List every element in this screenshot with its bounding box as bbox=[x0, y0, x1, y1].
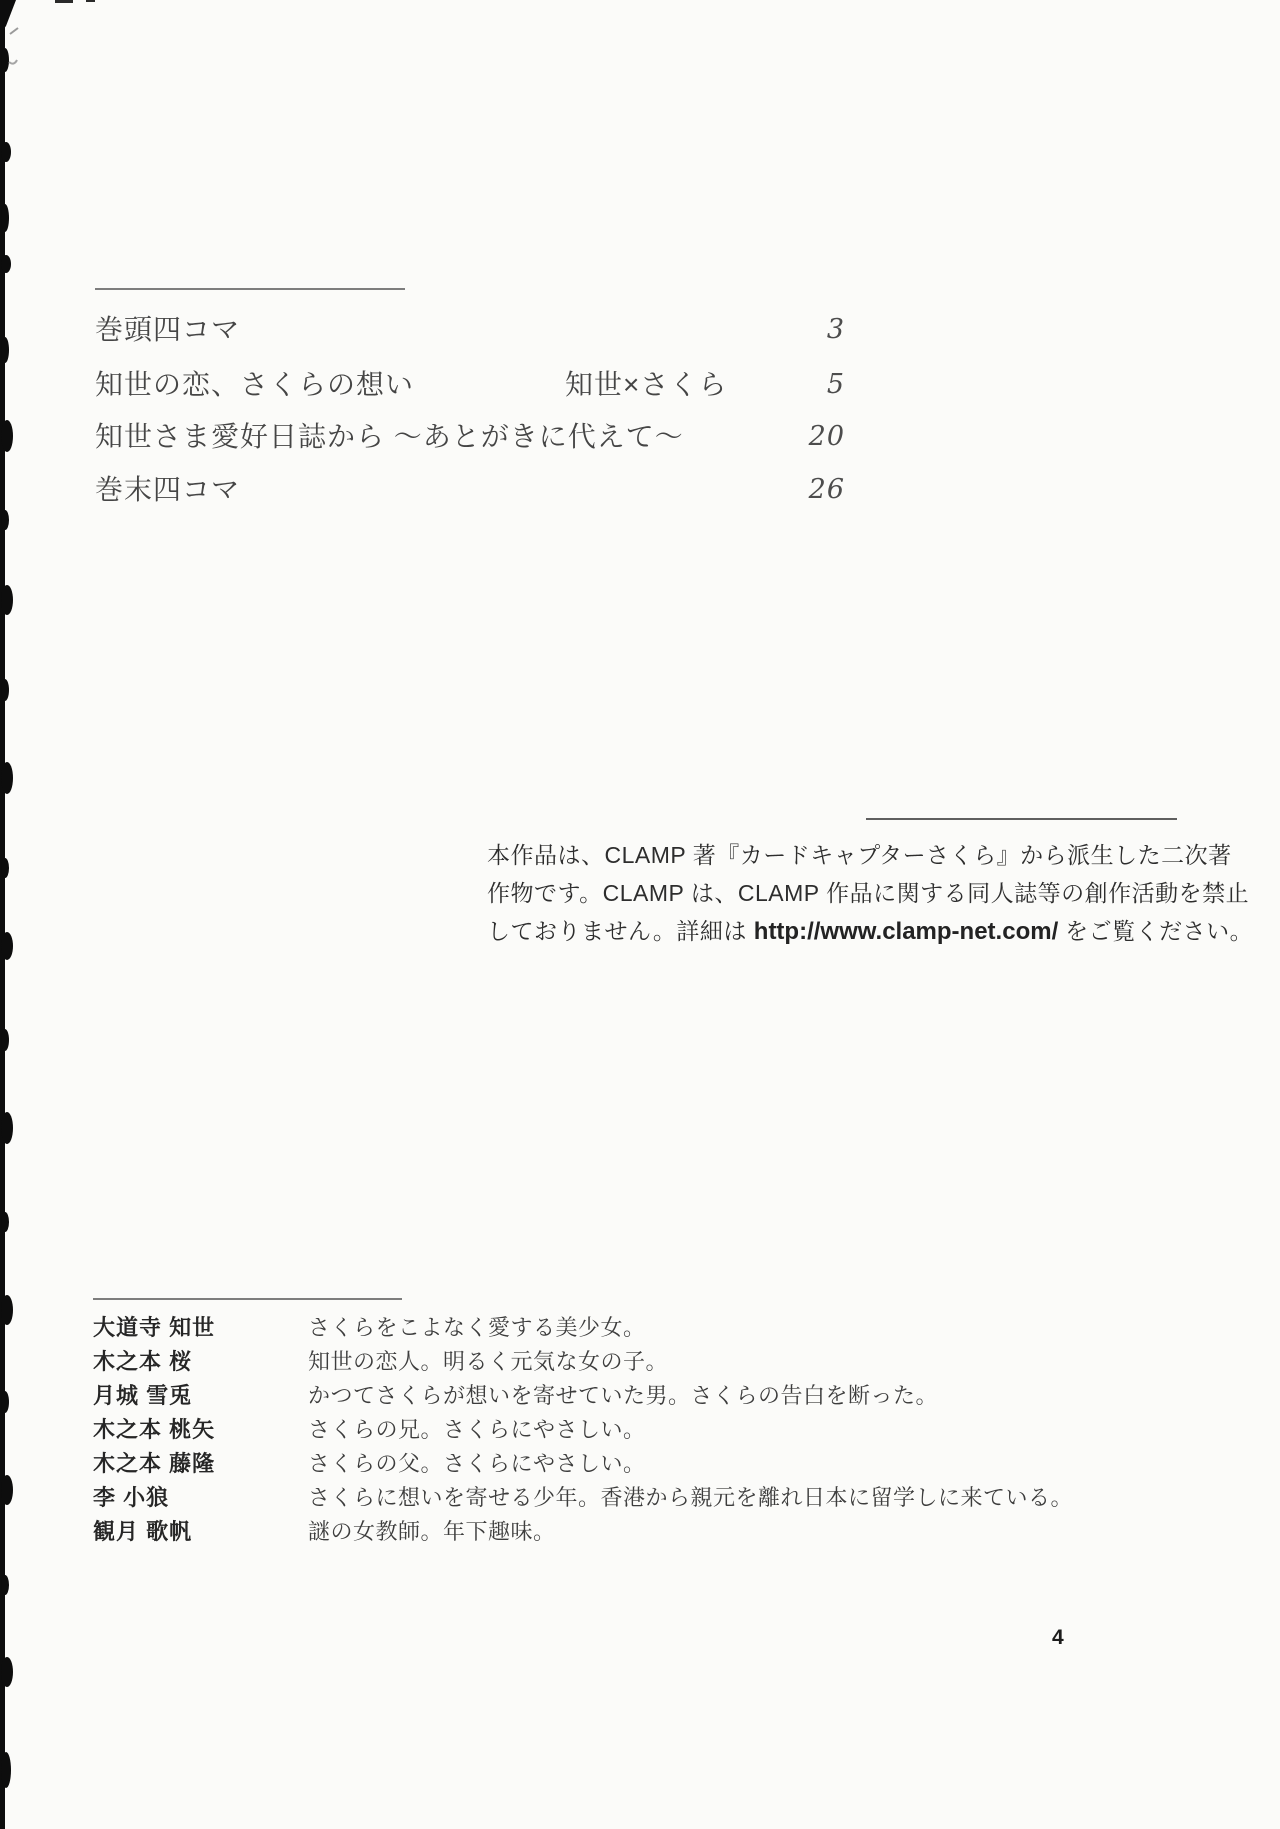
character-row: 木之本 藤隆 さくらの父。さくらにやさしい。 bbox=[93, 1447, 1213, 1481]
toc-divider-rule bbox=[95, 288, 405, 290]
character-row: 木之本 桜 知世の恋人。明るく元気な女の子。 bbox=[93, 1345, 1213, 1379]
toc-item-page-number: 3 bbox=[827, 313, 845, 347]
character-name: 木之本 桃矢 bbox=[93, 1413, 215, 1447]
character-row: 李 小狼 さくらに想いを寄せる少年。香港から親元を離れ日本に留学しに来ている。 bbox=[93, 1481, 1213, 1515]
toc-item-page-number: 26 bbox=[809, 473, 845, 507]
character-description: 知世の恋人。明るく元気な女の子。 bbox=[308, 1345, 668, 1379]
clamp-website-url: http://www.clamp-net.com/ bbox=[754, 918, 1058, 945]
disclaimer-paragraph: 本作品は、CLAMP 著『カードキャプターさくら』から派生した二次著 作物です。… bbox=[487, 836, 1187, 951]
character-description: さくらの兄。さくらにやさしい。 bbox=[308, 1413, 646, 1447]
character-name: 大道寺 知世 bbox=[93, 1311, 215, 1345]
character-name: 木之本 桜 bbox=[93, 1345, 192, 1379]
disclaimer-line-1: 本作品は、CLAMP 著『カードキャプターさくら』から派生した二次著 bbox=[487, 836, 1187, 874]
scan-speck bbox=[86, 0, 95, 2]
toc-row: 知世さま愛好日誌から ～あとがきに代えて～ 20 bbox=[95, 420, 845, 454]
character-row: 大道寺 知世 さくらをこよなく愛する美少女。 bbox=[93, 1311, 1213, 1345]
character-list-divider-rule bbox=[93, 1298, 402, 1300]
toc-item-title: 巻末四コマ bbox=[95, 473, 240, 507]
character-description: 謎の女教師。年下趣味。 bbox=[308, 1515, 556, 1549]
disclaimer-line-3-text: しておりません。詳細は bbox=[487, 918, 754, 944]
character-name: 月城 雪兎 bbox=[93, 1379, 192, 1413]
toc-row: 巻末四コマ 26 bbox=[95, 473, 845, 507]
toc-item-page-number: 20 bbox=[809, 420, 845, 454]
disclaimer-line-2: 作物です。CLAMP は、CLAMP 作品に関する同人誌等の創作活動を禁止 bbox=[487, 874, 1187, 912]
toc-row: 知世の恋、さくらの想い 知世×さくら 5 bbox=[95, 368, 845, 402]
character-name: 観月 歌帆 bbox=[93, 1515, 192, 1549]
toc-item-title: 知世の恋、さくらの想い bbox=[95, 368, 414, 402]
character-description: さくらの父。さくらにやさしい。 bbox=[308, 1447, 646, 1481]
disclaimer-divider-rule bbox=[866, 818, 1177, 820]
disclaimer-line-3-tail: をご覧ください。 bbox=[1058, 918, 1253, 944]
toc-item-page-number: 5 bbox=[827, 368, 845, 402]
character-row: 木之本 桃矢 さくらの兄。さくらにやさしい。 bbox=[93, 1413, 1213, 1447]
character-row: 観月 歌帆 謎の女教師。年下趣味。 bbox=[93, 1515, 1213, 1549]
character-description: さくらに想いを寄せる少年。香港から親元を離れ日本に留学しに来ている。 bbox=[308, 1481, 1073, 1515]
character-name: 木之本 藤隆 bbox=[93, 1447, 215, 1481]
scan-speck bbox=[55, 0, 73, 3]
character-description: かつてさくらが想いを寄せていた男。さくらの告白を断った。 bbox=[308, 1379, 938, 1413]
toc-item-title: 知世さま愛好日誌から ～あとがきに代えて～ bbox=[95, 420, 684, 454]
character-row: 月城 雪兎 かつてさくらが想いを寄せていた男。さくらの告白を断った。 bbox=[93, 1379, 1213, 1413]
toc-item-pairing-label: 知世×さくら bbox=[565, 368, 727, 402]
character-description: さくらをこよなく愛する美少女。 bbox=[308, 1311, 646, 1345]
toc-row: 巻頭四コマ 3 bbox=[95, 313, 845, 347]
page-number: 4 bbox=[1052, 1626, 1064, 1650]
toc-item-title: 巻頭四コマ bbox=[95, 313, 240, 347]
scanned-document-page: 巻頭四コマ 3 知世の恋、さくらの想い 知世×さくら 5 知世さま愛好日誌から … bbox=[0, 0, 1280, 1829]
disclaimer-line-3: しておりません。詳細は http://www.clamp-net.com/ をご… bbox=[487, 912, 1187, 951]
character-name: 李 小狼 bbox=[93, 1481, 169, 1515]
scan-edge-artifact bbox=[0, 0, 20, 1829]
